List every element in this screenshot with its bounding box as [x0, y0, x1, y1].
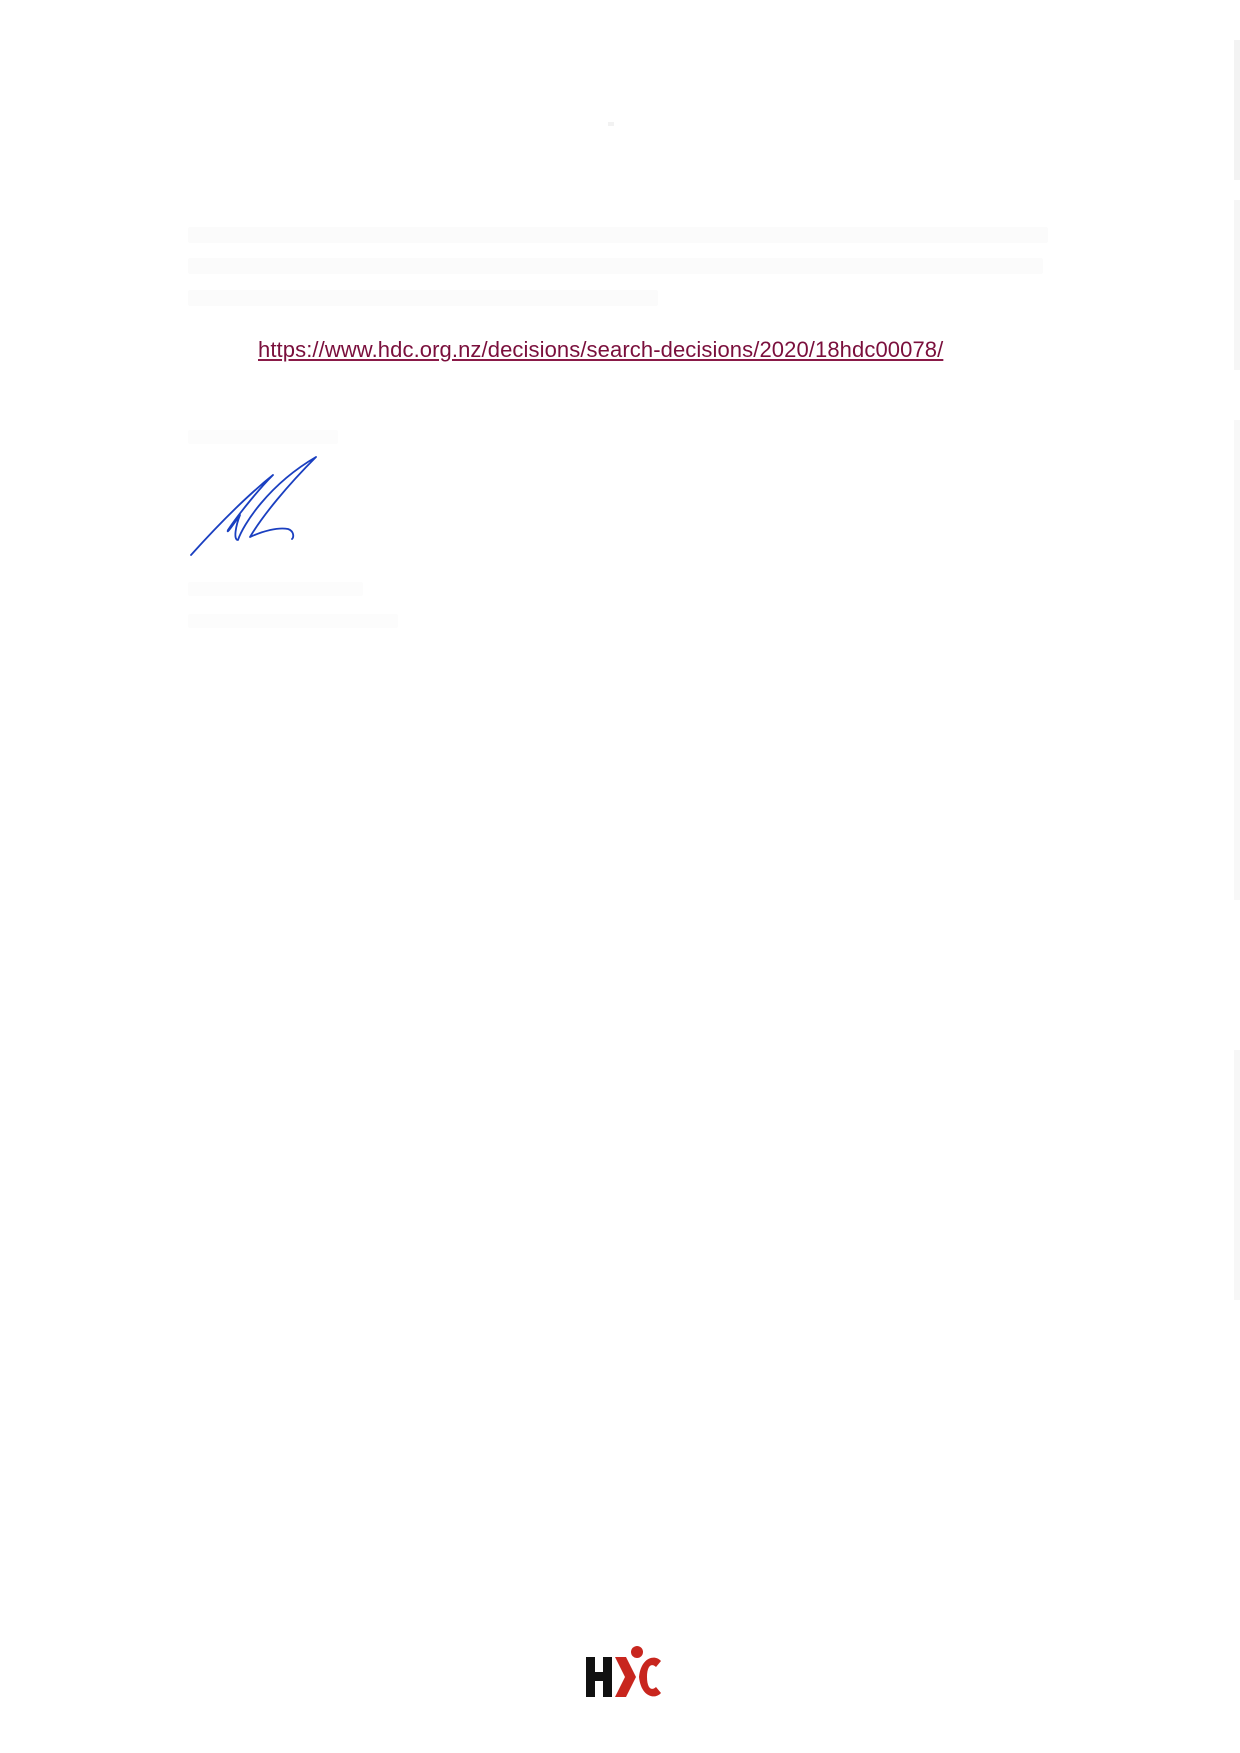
redacted-line	[188, 258, 1043, 274]
signature-icon	[188, 455, 328, 565]
scan-edge	[1234, 200, 1240, 370]
redacted-line	[188, 227, 1048, 243]
redacted-signatory-name	[188, 582, 363, 596]
hdc-logo-icon	[584, 1645, 664, 1701]
decision-link[interactable]: https://www.hdc.org.nz/decisions/search-…	[258, 337, 943, 363]
redacted-signatory-title	[188, 614, 398, 628]
document-page: https://www.hdc.org.nz/decisions/search-…	[0, 0, 1240, 1753]
scan-edge	[1234, 40, 1240, 180]
scan-edge	[1234, 1050, 1240, 1300]
redacted-line	[188, 290, 658, 306]
scan-edge	[1234, 420, 1240, 900]
redacted-closing	[188, 430, 338, 444]
scan-speck	[608, 122, 614, 126]
